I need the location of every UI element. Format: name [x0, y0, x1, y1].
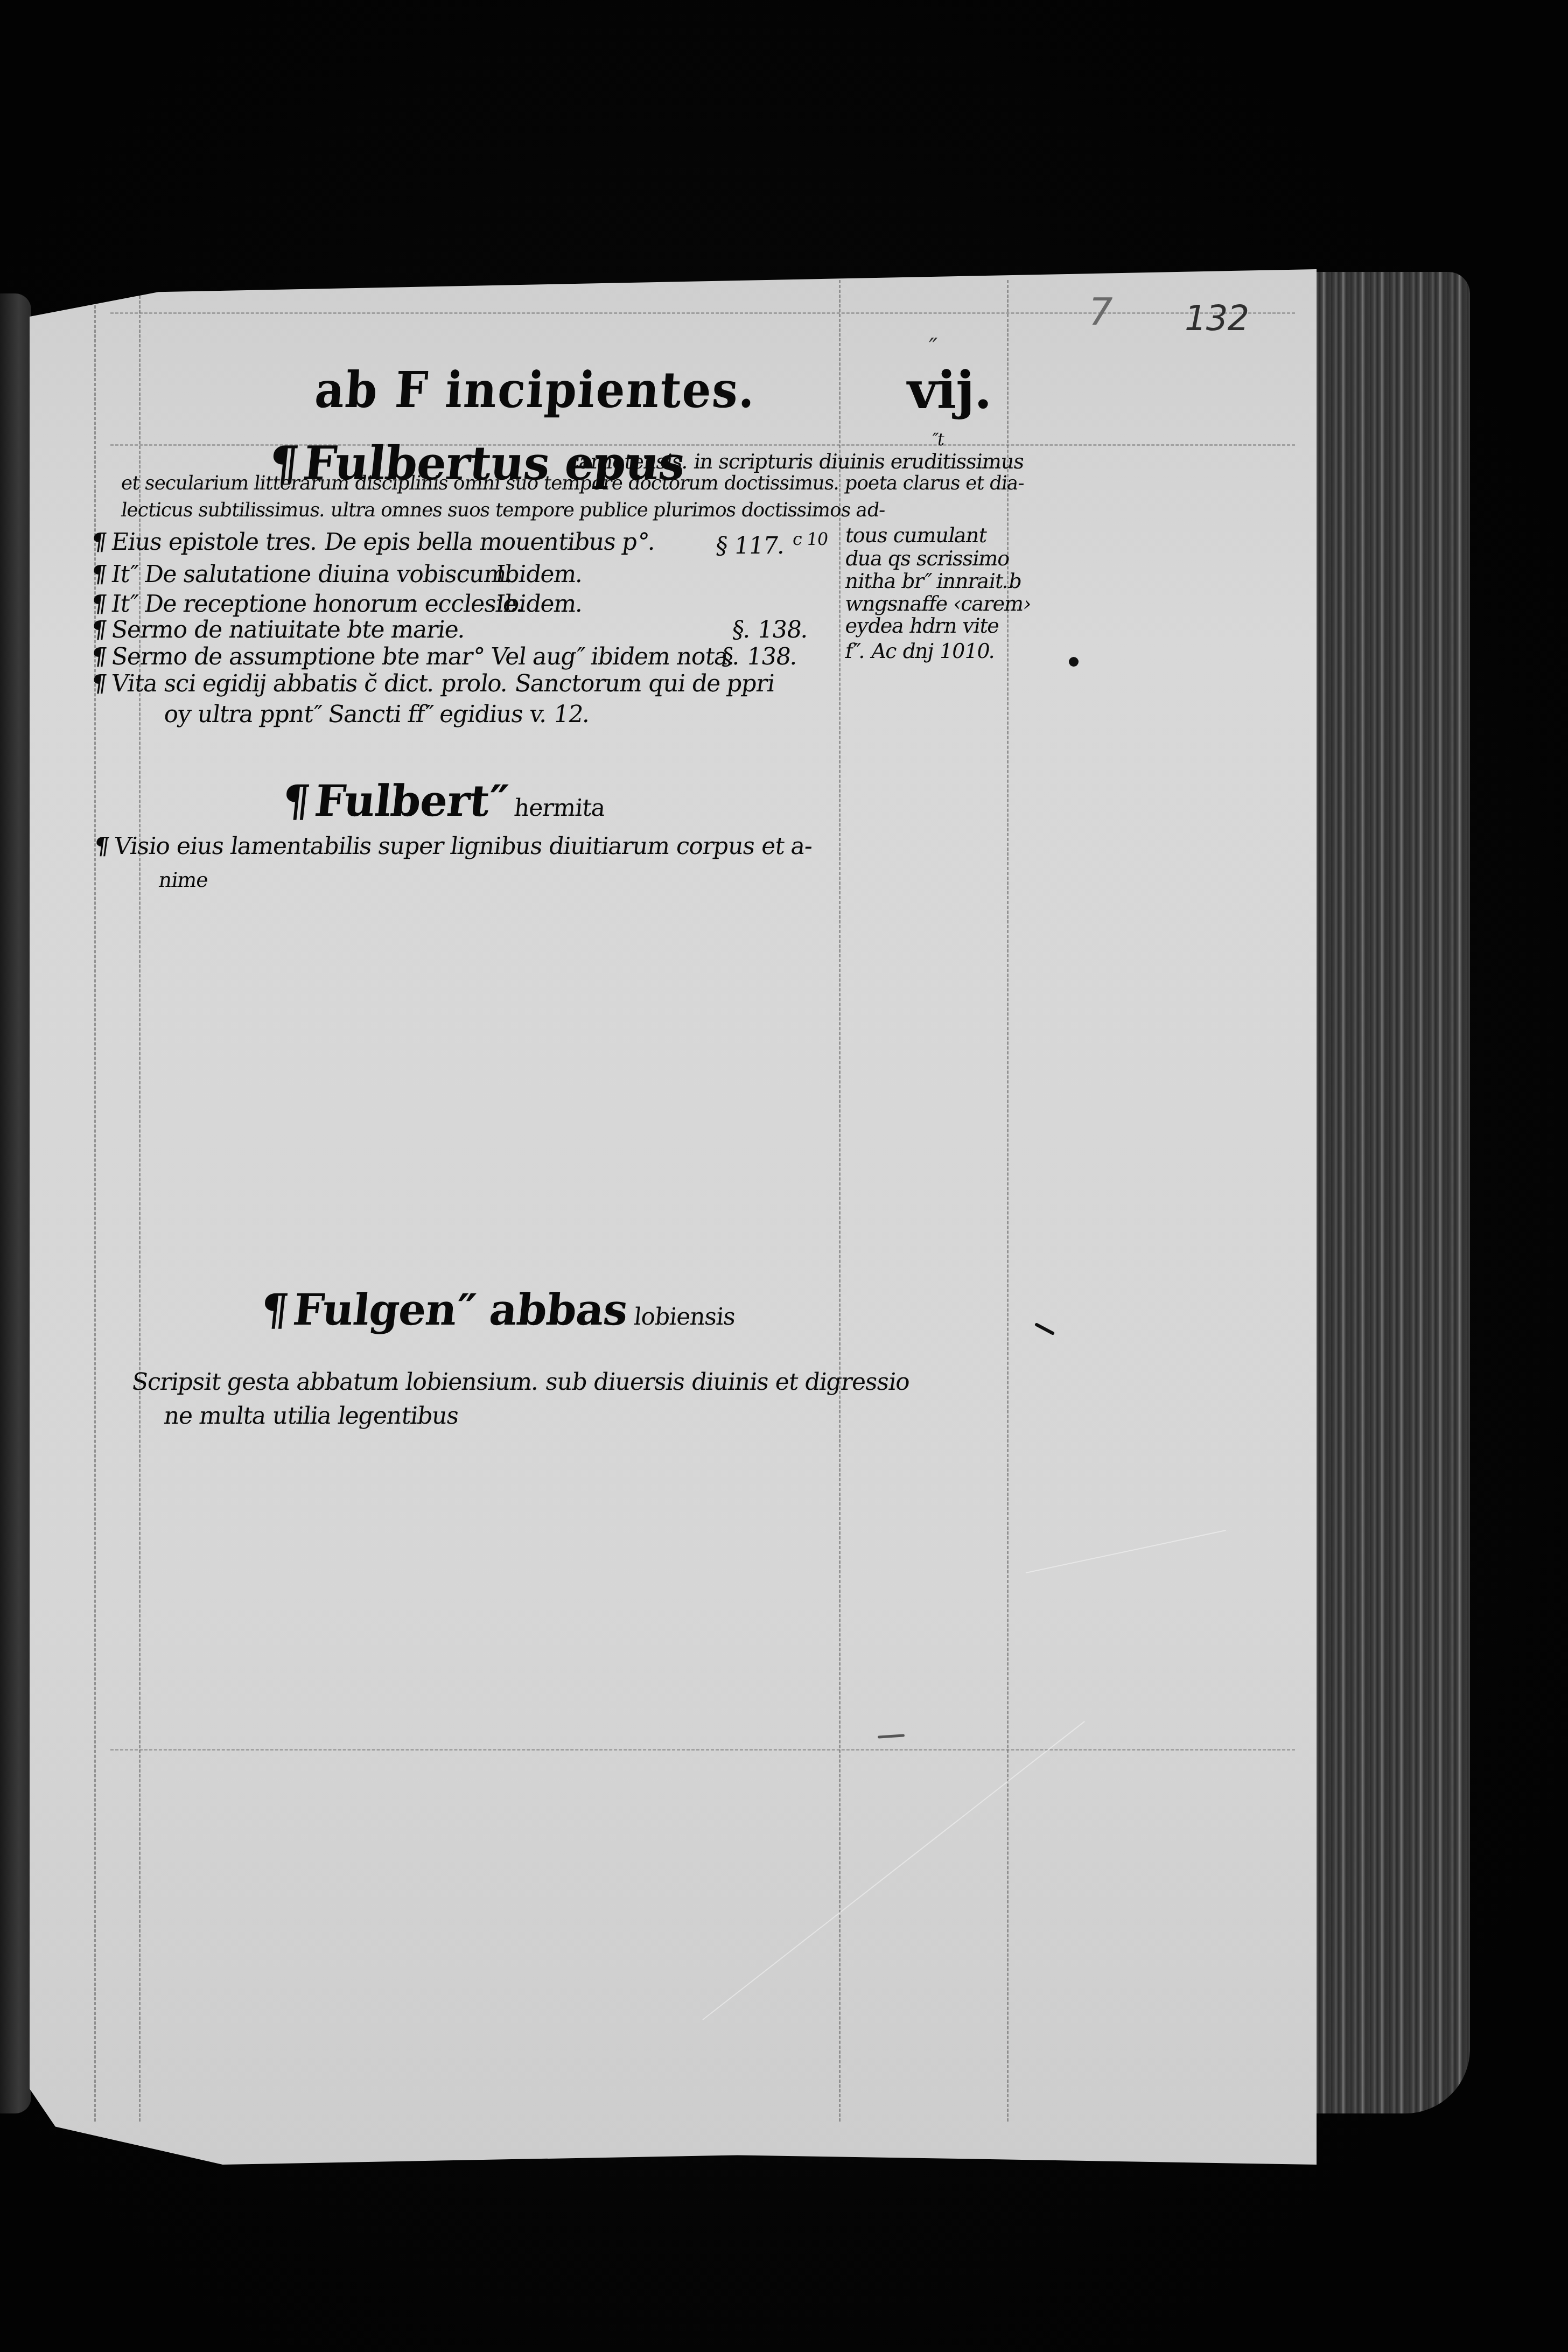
marginal-note-line: eydea hdrn vite: [844, 615, 1001, 636]
work-line: ¶Vita sci egidij abbatis c̆ dict. prolo.…: [90, 672, 776, 696]
entry-name: Fulbert″: [312, 775, 510, 826]
work-reference: Ibidem.: [494, 592, 585, 616]
work-line: ¶Sermo de natiuitate bte marie.: [90, 618, 467, 642]
work-line: ¶Sermo de assumptione bte mar° Vel aug″ …: [90, 645, 737, 669]
pilcrow-icon: ¶: [89, 528, 108, 556]
work-line: Scripsit gesta abbatum lobiensium. sub d…: [130, 1370, 911, 1394]
marginal-note-line: tous cumulant: [844, 525, 989, 545]
film-scratch: [1026, 1530, 1226, 1573]
pilcrow-icon: ¶: [89, 616, 108, 643]
ruling-line-column-right: [839, 280, 841, 2122]
binding-left-edge: [0, 293, 31, 2113]
entry-name: Fulgen″ abbas: [291, 1284, 630, 1335]
work-line: ¶It″ De salutatione diuina vobiscum.: [90, 563, 515, 586]
ruling-line-top: [110, 312, 1295, 314]
pencil-mark: 7: [1089, 290, 1112, 334]
pilcrow-icon: ¶: [89, 590, 108, 618]
work-title: It″ De receptione honorum ecclesie.: [109, 590, 525, 618]
folio-number-roman: vij.: [907, 360, 991, 421]
pilcrow-icon: ¶: [258, 1284, 291, 1335]
ruling-line-lower: [110, 1749, 1295, 1751]
film-scratch: [702, 1721, 1084, 2020]
work-title: It″ De salutatione diuina vobiscum.: [109, 561, 515, 588]
pilcrow-icon: ¶: [89, 670, 108, 697]
work-reference: §. 138.: [720, 645, 799, 669]
marginal-note-line: wngsnaffe ‹carem›: [844, 593, 1033, 614]
work-title: Eius epistole tres. De epis bella mouent…: [109, 528, 657, 556]
entry-heading-fulgentius: ¶Fulgen″ abbaslobiensis: [258, 1284, 738, 1335]
work-line: ¶Visio eius lamentabilis super lignibus …: [93, 835, 814, 858]
entry-heading-fulbert: ¶Fulbert″hermita: [280, 775, 608, 826]
work-reference: § 117. c 10: [714, 530, 829, 558]
work-reference: Ibidem.: [494, 563, 585, 586]
work-line: ne multa utilia legentibus: [163, 1404, 460, 1428]
folio-roman-text: vij.: [907, 360, 991, 421]
entry-qualifier: lobiensis: [633, 1303, 737, 1331]
work-line: oy ultra ppnt″ Sancti ff″ egidius v. 12.: [163, 703, 592, 726]
marginal-date-text: f″. Ac dnj 1010.: [843, 639, 997, 663]
ref-extra: c 10: [792, 529, 829, 549]
entry-text-line: et secularium litterarum disciplinis omn…: [120, 474, 1025, 493]
entry-qualifier: carnotensis. in scripturis diuinis erudi…: [566, 451, 1025, 472]
ink-tick-mark: [1069, 657, 1079, 667]
work-line: ¶It″ De receptione honorum ecclesie.: [90, 592, 525, 616]
work-line: nime: [157, 870, 209, 890]
entry-text-line: lecticus subtilissimus. ultra omnes suos…: [120, 501, 886, 520]
entry-qualifier: hermita: [513, 794, 606, 822]
work-reference: §. 138.: [731, 618, 810, 642]
pilcrow-icon: ¶: [92, 832, 110, 860]
work-title: Vita sci egidij abbatis c̆ dict. prolo. …: [109, 670, 776, 697]
marginal-note-line: dua qs scrissimo: [844, 548, 1011, 569]
pilcrow-icon: ¶: [89, 643, 108, 670]
pilcrow-icon: ¶: [89, 561, 108, 588]
marginal-note-line: f″. Ac dnj 1010.: [844, 641, 997, 661]
book-fore-edge: [1292, 272, 1470, 2113]
work-title: Visio eius lamentabilis super lignibus d…: [112, 832, 814, 860]
work-title: Sermo de natiuitate bte marie.: [109, 616, 467, 643]
running-head: ab F incipientes.: [313, 361, 758, 419]
ref-text: § 117.: [714, 532, 787, 559]
work-title: Sermo de assumptione bte mar° Vel aug″ i…: [109, 643, 737, 670]
work-line: ¶Eius epistole tres. De epis bella mouen…: [90, 530, 657, 554]
folio-roman-mark: ″: [929, 334, 937, 361]
pencil-foliation: 132: [1185, 299, 1249, 339]
pilcrow-icon: ¶: [280, 775, 312, 826]
marginal-note-line: nitha br″ innrait.b: [844, 571, 1023, 591]
